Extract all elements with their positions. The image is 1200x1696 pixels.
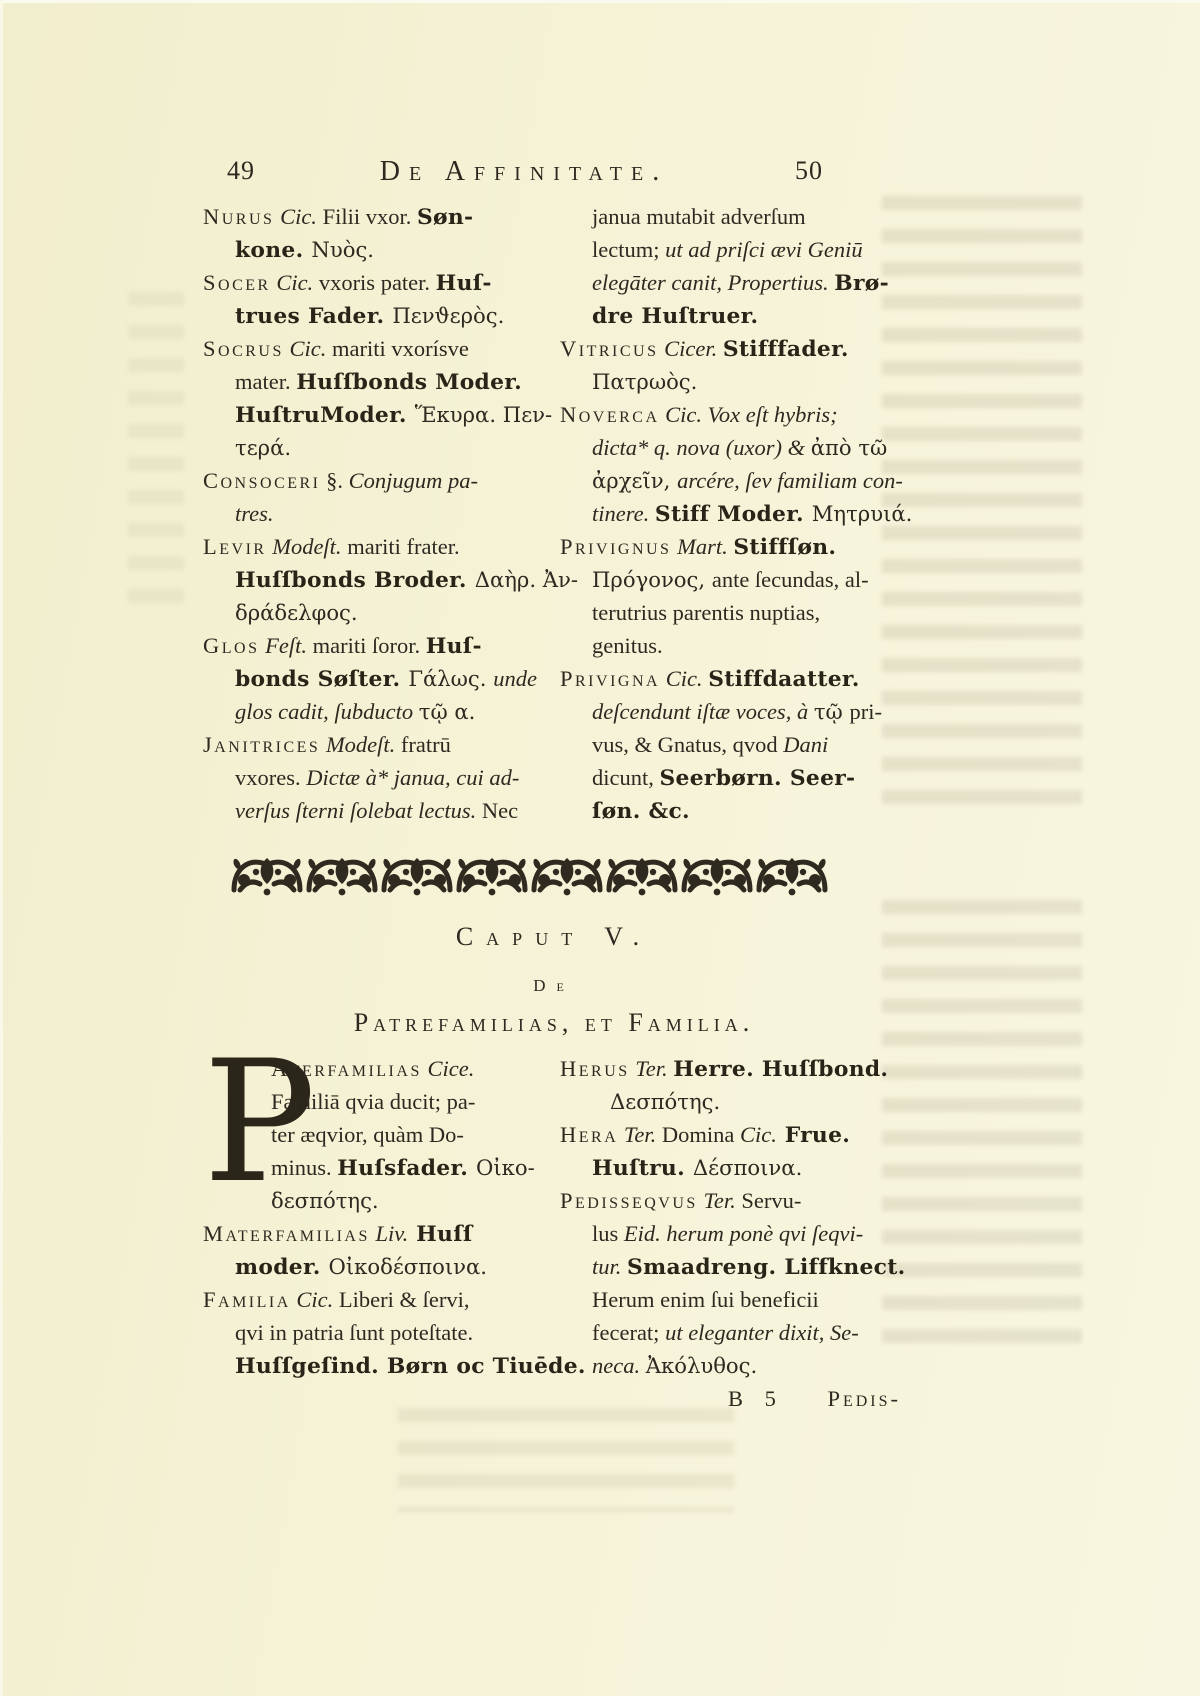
text-line: tinere. Stiff Moder. Μητρυιά. xyxy=(560,497,905,530)
text-run-g: τερά. xyxy=(235,435,291,460)
column-right-bottom: Herus Ter. Herre. Huſſbond.Δεσπότης.Hera… xyxy=(560,1052,905,1415)
text-line: Socer Cic. vxoris pater. Huſ- xyxy=(203,266,533,299)
dictionary-entry: Noverca Cic. Vox eſt hybris;dicta* q. no… xyxy=(560,398,905,530)
text-run-i: Cic. Vox eſt hybris; xyxy=(660,402,838,427)
text-run-i: Cic. xyxy=(740,1122,777,1147)
text-run-i: Modeſt. xyxy=(267,534,342,559)
ghost-showthrough xyxy=(398,1408,734,1512)
text-line: Glos Feſt. mariti ſoror. Huſ- xyxy=(203,629,533,662)
text-run-f: ſøn. &c. xyxy=(592,799,690,824)
dictionary-entry: Nurus Cic. Filii vxor. Søn-kone. Νυὸς. xyxy=(203,200,533,266)
text-run-i: neca. xyxy=(592,1353,646,1378)
dictionary-entry: Consoceri §. Conjugum pa-tres. xyxy=(203,464,533,530)
text-line: δράδελφος. xyxy=(203,596,533,629)
dictionary-entry: Familia Cic. Liberi & ſervi,qvi in patri… xyxy=(203,1283,533,1382)
dictionary-entry: Privignus Mart. Stiffſøn.Πρόγονος, ante … xyxy=(560,530,905,662)
text-run-i: Cic. xyxy=(274,204,317,229)
text-line: Janitrices Modeſt. fratrū xyxy=(203,728,533,761)
ghost-showthrough xyxy=(882,900,1082,1346)
text-run-g: Πενϑερὸς. xyxy=(392,303,504,328)
text-run-sc: Materfamilias xyxy=(203,1221,370,1246)
text-line: Hera Ter. Domina Cic. Frue. xyxy=(560,1118,905,1151)
text-run-i: Cic. xyxy=(660,666,708,691)
column-left-bottom: PAterfamilias Cice.Familiā qvia ducit; p… xyxy=(203,1052,533,1415)
text-run-i: Feſt. xyxy=(259,633,306,658)
text-line: fecerat; ut eleganter dixit, Se- xyxy=(560,1316,905,1349)
text-run-i: Dictæ à* janua, cui ad- xyxy=(306,765,519,790)
text-line: qvi in patria ſunt poteſtate. xyxy=(203,1316,533,1349)
text-run-sc: Privignus xyxy=(560,534,671,559)
text-line: glos cadit, ſubducto τῷ α. xyxy=(203,695,533,728)
text-run-r: janua mutabit adverſum xyxy=(592,204,806,229)
text-run-r: fecerat; xyxy=(592,1320,665,1345)
text-run-r: vxores. xyxy=(235,765,306,790)
text-run-i: Ter. xyxy=(698,1188,736,1213)
text-run-g: ἀρχεῖν, xyxy=(592,468,677,493)
text-run-g: τῷ α. xyxy=(419,699,476,724)
text-run-sc: Socer xyxy=(203,270,271,295)
text-run-f: Søn- xyxy=(417,205,473,230)
text-run-r: qvi in patria ſunt poteſtate. xyxy=(235,1320,473,1345)
text-line: Privignus Mart. Stiffſøn. xyxy=(560,530,905,563)
text-run-g: Οἰκοδέσποινα. xyxy=(329,1254,487,1279)
text-run-sc: Familia xyxy=(203,1287,291,1312)
text-line: janua mutabit adverſum xyxy=(560,200,905,233)
text-run-f: Huſſgeſind. Børn oc Tiuēde. xyxy=(235,1354,586,1379)
text-run-f: Herre. Huſſbond. xyxy=(673,1057,888,1082)
text-run-sc: Vitricus xyxy=(560,336,658,361)
text-run-g: ἀπὸ τῶ xyxy=(811,435,888,460)
text-line: Πατρωὸς. xyxy=(560,365,905,398)
text-run-sc: Privigna xyxy=(560,666,660,691)
text-run-f: kone. xyxy=(235,238,311,263)
column-right-top: janua mutabit adverſumlectum; ut ad priſ… xyxy=(560,200,905,827)
text-run-g: δεσπότης. xyxy=(271,1188,379,1213)
text-line: neca. Ἀκόλυθος. xyxy=(560,1349,905,1382)
text-run-r: Herum enim ſui beneficii xyxy=(592,1287,819,1312)
text-line: Huſtru. Δέσποινα. xyxy=(560,1151,905,1184)
text-run-i: deſcendunt iſtæ voces, à xyxy=(592,699,814,724)
dictionary-entry: janua mutabit adverſumlectum; ut ad priſ… xyxy=(560,200,905,332)
text-run-i: dicta* q. nova (uxor) & xyxy=(592,435,811,460)
text-run-r: ter æqvior, quàm Do- xyxy=(271,1122,464,1147)
catchword: Pedis- xyxy=(827,1382,901,1415)
dictionary-entry: Socrus Cic. mariti vxorísvemater. Huſſbo… xyxy=(203,332,533,464)
text-line: vus, & Gnatus, qvod Dani xyxy=(560,728,905,761)
text-run-i: arcére, ſev familiam con- xyxy=(677,468,903,493)
text-run-r: Familiā qvia ducit; pa- xyxy=(271,1089,475,1114)
text-run-f: Huſ- xyxy=(426,634,482,659)
text-run-f: Huſſbonds Broder. xyxy=(235,568,475,593)
text-run-r: pri- xyxy=(849,699,882,724)
text-run-r: mariti vxorísve xyxy=(326,336,468,361)
text-run-f: Huſ- xyxy=(436,271,492,296)
text-run-f: Stifffader. xyxy=(723,337,849,362)
dictionary-entry: PAterfamilias Cice.Familiā qvia ducit; p… xyxy=(203,1052,533,1217)
signature-mark: B 5 xyxy=(728,1382,784,1415)
column-right-bottom-entries: Herus Ter. Herre. Huſſbond.Δεσπότης.Hera… xyxy=(560,1052,905,1382)
page-header: 49 De Affinitate. 50 xyxy=(203,156,905,200)
dictionary-entry: Materfamilias Liv. Huſſmoder. Οἰκοδέσποι… xyxy=(203,1217,533,1283)
text-run-i: ut ad priſci ævi Geniū xyxy=(665,237,862,262)
dictionary-entry: Socer Cic. vxoris pater. Huſ-trues Fader… xyxy=(203,266,533,332)
text-line: terutrius parentis nuptias, xyxy=(560,596,905,629)
chapter-number-heading: Caput V. xyxy=(203,925,905,949)
text-run-f: Stiff Moder. xyxy=(655,502,812,527)
floral-ornament-band xyxy=(230,850,830,898)
text-run-r: minus. xyxy=(271,1155,337,1180)
text-run-i: Ter. xyxy=(630,1056,674,1081)
dictionary-entry: Glos Feſt. mariti ſoror. Huſ-bonds Søſte… xyxy=(203,629,533,728)
text-run-sc: Consoceri xyxy=(203,468,321,493)
text-run-r: mariti frater. xyxy=(342,534,460,559)
drop-cap-letter: P xyxy=(203,1052,271,1217)
text-run-r: Servu- xyxy=(736,1188,802,1213)
text-run-i: unde xyxy=(493,666,537,691)
text-line: Pedisseqvus Ter. Servu- xyxy=(560,1184,905,1217)
text-run-g: δράδελφος. xyxy=(235,600,358,625)
text-run-g: Μητρυιά. xyxy=(812,501,913,526)
text-line: dicunt, Seerbørn. Seer- xyxy=(560,761,905,794)
text-run-i: tur. xyxy=(592,1254,627,1279)
text-run-i: Mart. xyxy=(671,534,733,559)
text-run-f: moder. xyxy=(235,1255,329,1280)
text-run-g: Ἕκυρα. Πεν- xyxy=(415,402,552,427)
text-run-r: lectum; xyxy=(592,237,665,262)
text-run-i: Cic. xyxy=(284,336,327,361)
dictionary-entry: Privigna Cic. Stiffdaatter.deſcendunt iſ… xyxy=(560,662,905,827)
text-run-i: Modeſt. xyxy=(320,732,395,757)
text-run-i: glos cadit, ſubducto xyxy=(235,699,419,724)
text-line: Δεσπότης. xyxy=(560,1085,905,1118)
text-run-g: Πρόγονος, xyxy=(592,567,712,592)
text-run-f: bonds Søſter. xyxy=(235,667,408,692)
text-line: ἀρχεῖν, arcére, ſev familiam con- xyxy=(560,464,905,497)
text-run-sc: Socrus xyxy=(203,336,284,361)
text-run-sc: Janitrices xyxy=(203,732,320,757)
text-run-sc: Glos xyxy=(203,633,259,658)
text-run-sc: Noverca xyxy=(560,402,660,427)
text-run-f: Huſſbonds Moder. xyxy=(296,370,522,395)
text-line: Vitricus Cicer. Stifffader. xyxy=(560,332,905,365)
text-run-i: Eid. herum ponè qvi ſeqvi- xyxy=(624,1221,863,1246)
text-line: Herus Ter. Herre. Huſſbond. xyxy=(560,1052,905,1085)
dictionary-entry: Hera Ter. Domina Cic. Frue.Huſtru. Δέσπο… xyxy=(560,1118,905,1184)
text-run-i: Liv. xyxy=(370,1221,408,1246)
text-run-f: Seerbørn. Seer- xyxy=(660,766,856,791)
text-run-f: Stiffſøn. xyxy=(733,535,836,560)
text-run-g: Οἰκο- xyxy=(476,1155,535,1180)
text-run-r: vus, & Gnatus, qvod xyxy=(592,732,783,757)
text-run-i: Cic. xyxy=(271,270,314,295)
text-line: Πρόγονος, ante ſecundas, al- xyxy=(560,563,905,596)
text-run-g: Ἀκόλυθος. xyxy=(646,1353,757,1378)
text-line: τερά. xyxy=(203,431,533,464)
text-line: Nurus Cic. Filii vxor. Søn- xyxy=(203,200,533,233)
floral-ornament-svg xyxy=(230,850,830,898)
text-run-sc: Hera xyxy=(560,1122,618,1147)
text-run-r: mater. xyxy=(235,369,296,394)
scan-edge-top xyxy=(0,0,1200,3)
text-line: deſcendunt iſtæ voces, à τῷ pri- xyxy=(560,695,905,728)
text-run-g: Νυὸς. xyxy=(311,237,374,262)
dictionary-entry: Pedisseqvus Ter. Servu-lus Eid. herum po… xyxy=(560,1184,905,1382)
text-run-r: dicunt, xyxy=(592,765,660,790)
dictionary-entry: Janitrices Modeſt. fratrūvxores. Dictæ à… xyxy=(203,728,533,827)
dictionary-entry: Herus Ter. Herre. Huſſbond.Δεσπότης. xyxy=(560,1052,905,1118)
text-line: dicta* q. nova (uxor) & ἀπὸ τῶ xyxy=(560,431,905,464)
text-line: trues Fader. Πενϑερὸς. xyxy=(203,299,533,332)
text-run-sc: Aterfamilias xyxy=(271,1056,422,1081)
text-line: moder. Οἰκοδέσποινα. xyxy=(203,1250,533,1283)
text-line: Huſſbonds Broder. Δαὴρ. Ἀν- xyxy=(203,563,533,596)
text-line: Familia Cic. Liberi & ſervi, xyxy=(203,1283,533,1316)
text-run-g: Γάλως. xyxy=(408,666,493,691)
text-run-r: Domina xyxy=(656,1122,740,1147)
text-run-f: HuſtruModer. xyxy=(235,403,415,428)
text-run-g: τῷ xyxy=(814,699,850,724)
column-left-top: Nurus Cic. Filii vxor. Søn-kone. Νυὸς.So… xyxy=(203,200,533,827)
text-run-r: Nec xyxy=(482,798,518,823)
text-line: genitus. xyxy=(560,629,905,662)
text-line: bonds Søſter. Γάλως. unde xyxy=(203,662,533,695)
text-line: lus Eid. herum ponè qvi ſeqvi- xyxy=(560,1217,905,1250)
text-line: tur. Smaadreng. Liffknect. xyxy=(560,1250,905,1283)
text-run-r: mariti ſoror. xyxy=(307,633,426,658)
text-line: mater. Huſſbonds Moder. xyxy=(203,365,533,398)
page-content: 49 De Affinitate. 50 Nurus Cic. Filii vx… xyxy=(203,156,905,1415)
text-run-g: Πατρωὸς. xyxy=(592,369,697,394)
bottom-text-block: PAterfamilias Cice.Familiā qvia ducit; p… xyxy=(203,1052,905,1415)
text-line: Huſſgeſind. Børn oc Tiuēde. xyxy=(203,1349,533,1382)
text-line: HuſtruModer. Ἕκυρα. Πεν- xyxy=(203,398,533,431)
text-run-sc: Nurus xyxy=(203,204,274,229)
text-line: dre Huſtruer. xyxy=(560,299,905,332)
signature-row: B 5 Pedis- xyxy=(560,1382,905,1415)
running-title: De Affinitate. xyxy=(203,156,845,188)
text-line: verſus ſterni ſolebat lectus. Nec xyxy=(203,794,533,827)
text-line: Socrus Cic. mariti vxorísve xyxy=(203,332,533,365)
text-run-g: Δεσπότης. xyxy=(610,1089,720,1114)
text-run-i: Cic. xyxy=(291,1287,334,1312)
text-run-r: terutrius parentis nuptias, xyxy=(592,600,820,625)
text-run-i: ut eleganter dixit, Se- xyxy=(665,1320,859,1345)
text-run-i: tinere. xyxy=(592,501,655,526)
text-run-i: elegāter canit, Propertius. xyxy=(592,270,834,295)
text-run-r: Filii vxor. xyxy=(317,204,417,229)
text-line: Materfamilias Liv. Huſſ xyxy=(203,1217,533,1250)
text-run-f: Huſſ xyxy=(408,1222,472,1247)
text-run-f: Brø- xyxy=(834,271,889,296)
text-run-sc: Pedisseqvus xyxy=(560,1188,698,1213)
ghost-showthrough xyxy=(128,292,184,622)
text-run-f: Frue. xyxy=(777,1123,850,1148)
text-run-f: dre Huſtruer. xyxy=(592,304,758,329)
text-line: elegāter canit, Propertius. Brø- xyxy=(560,266,905,299)
text-line: kone. Νυὸς. xyxy=(203,233,533,266)
chapter-de-heading: De xyxy=(203,977,905,995)
text-run-i: Conjugum pa- xyxy=(349,468,478,493)
text-line: lectum; ut ad priſci ævi Geniū xyxy=(560,233,905,266)
text-run-i: Dani xyxy=(783,732,828,757)
text-line: Privigna Cic. Stiffdaatter. xyxy=(560,662,905,695)
top-text-block: Nurus Cic. Filii vxor. Søn-kone. Νυὸς.So… xyxy=(203,200,905,827)
text-run-f: Huſsfader. xyxy=(337,1156,476,1181)
text-run-r: genitus. xyxy=(592,633,663,658)
text-run-f: trues Fader. xyxy=(235,304,392,329)
text-run-i: verſus ſterni ſolebat lectus. xyxy=(235,798,482,823)
text-run-f: Stiffdaatter. xyxy=(708,667,859,692)
text-run-r: lus xyxy=(592,1221,624,1246)
text-line: tres. xyxy=(203,497,533,530)
text-line: Consoceri §. Conjugum pa- xyxy=(203,464,533,497)
dictionary-entry: Vitricus Cicer. Stifffader.Πατρωὸς. xyxy=(560,332,905,398)
text-run-f: Smaadreng. Liffknect. xyxy=(627,1255,906,1280)
text-run-i: Cice. xyxy=(422,1056,474,1081)
book-page-scan: 49 De Affinitate. 50 Nurus Cic. Filii vx… xyxy=(0,0,1200,1696)
text-run-i: Cicer. xyxy=(658,336,722,361)
text-run-sc: Levir xyxy=(203,534,267,559)
text-line: ſøn. &c. xyxy=(560,794,905,827)
text-run-i: tres. xyxy=(235,501,274,526)
text-run-g: Δέσποινα. xyxy=(693,1155,802,1180)
text-line: Noverca Cic. Vox eſt hybris; xyxy=(560,398,905,431)
text-run-sc: Herus xyxy=(560,1056,630,1081)
text-run-i: Ter. xyxy=(618,1122,656,1147)
text-run-r: ante ſecundas, al- xyxy=(712,567,869,592)
text-run-r: fratrū xyxy=(395,732,451,757)
dictionary-entry: Levir Modeſt. mariti frater.Huſſbonds Br… xyxy=(203,530,533,629)
text-run-r: §. xyxy=(321,468,349,493)
text-run-r: vxoris pater. xyxy=(313,270,435,295)
page-number-right: 50 xyxy=(795,156,823,186)
text-line: vxores. Dictæ à* janua, cui ad- xyxy=(203,761,533,794)
text-line: Levir Modeſt. mariti frater. xyxy=(203,530,533,563)
text-run-f: Huſtru. xyxy=(592,1156,693,1181)
text-line: Herum enim ſui beneficii xyxy=(560,1283,905,1316)
text-run-r: Liberi & ſervi, xyxy=(333,1287,469,1312)
scan-edge-left xyxy=(0,0,3,1696)
